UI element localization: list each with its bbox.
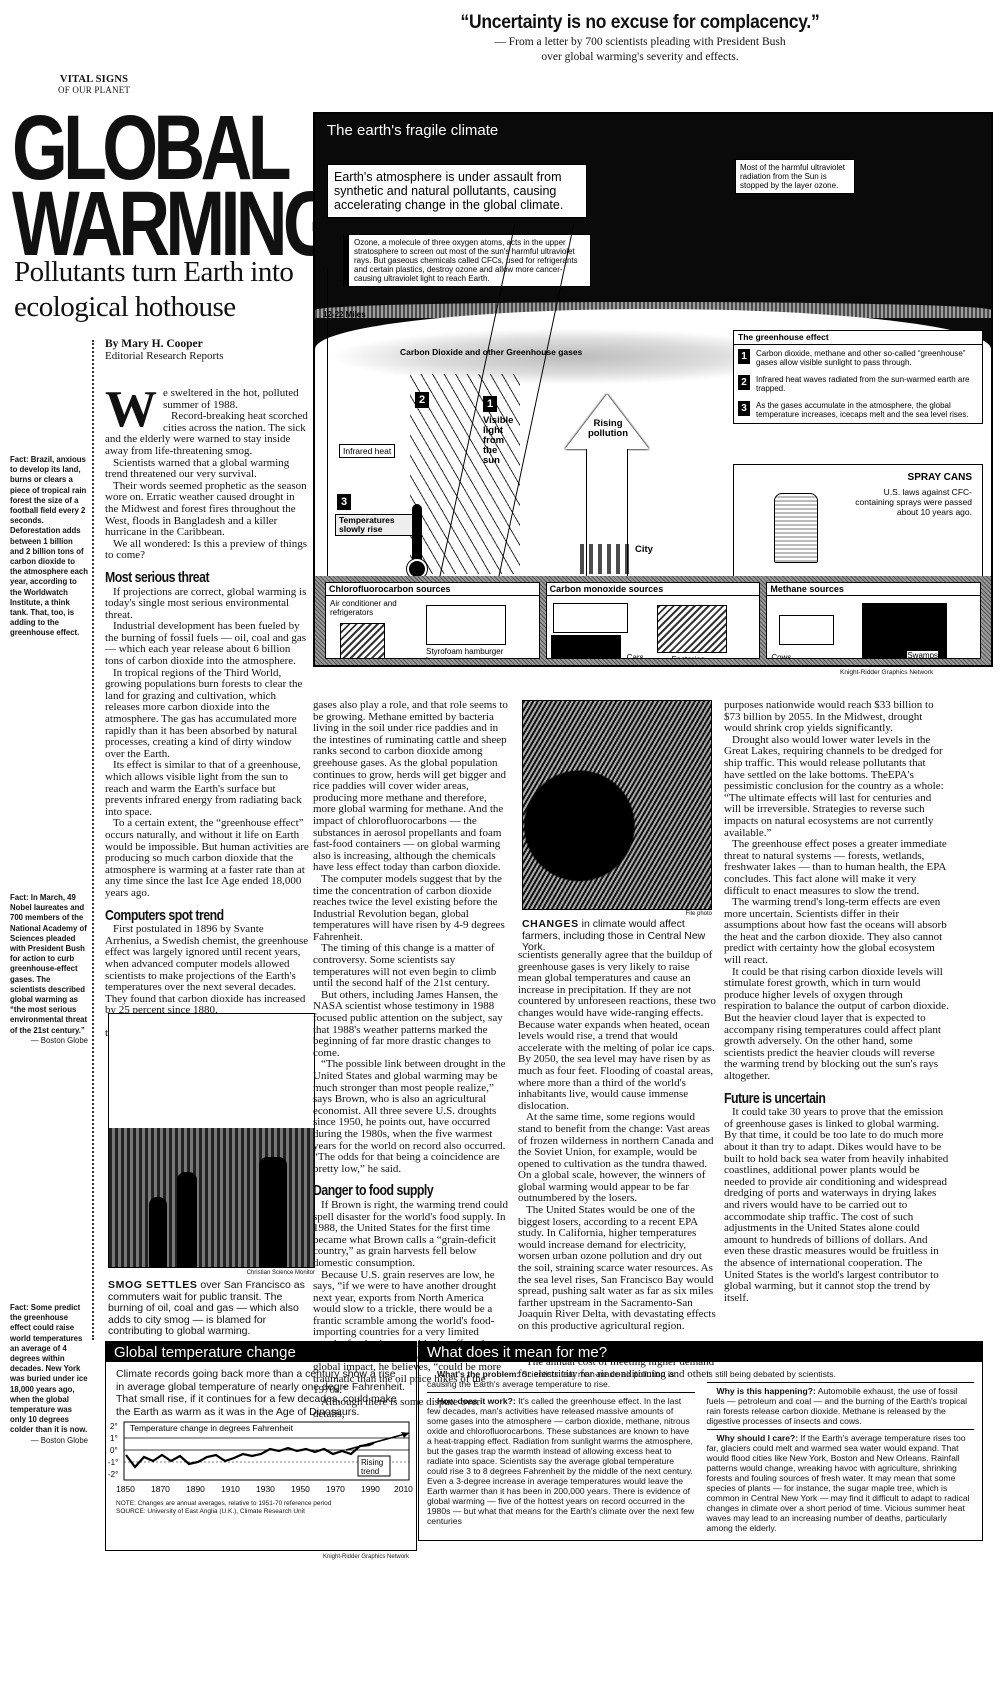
author-organization: Editorial Research Reports: [105, 350, 224, 362]
headline-line-2: WARMING: [12, 186, 246, 262]
svg-text:1970: 1970: [326, 1484, 345, 1494]
section-heading-danger-to-food-supply: Danger to food supply: [313, 1185, 475, 1197]
svg-text:1850: 1850: [116, 1484, 135, 1494]
cow-icon: [779, 615, 834, 645]
section-kicker: VITAL SIGNS OF OUR PLANET: [58, 75, 130, 95]
paragraph: If Brown is right, the warming trend cou…: [313, 1200, 511, 1270]
paragraph: The United States would be one of the bi…: [518, 1205, 716, 1333]
paragraph: The computer models suggest that by the …: [313, 874, 511, 944]
paragraph: But others, including James Hansen, the …: [313, 990, 511, 1060]
paragraph: The greenhouse effect poses a greater im…: [724, 839, 949, 897]
what-does-it-mean-box: What does it mean for me? What's the pro…: [418, 1341, 983, 1541]
paragraph: It could be that rising carbon dioxide l…: [724, 967, 949, 1083]
car-icon: [551, 635, 621, 659]
page-headline: GLOBAL WARMING: [12, 110, 246, 262]
fact-text: Fact: Brazil, anxious to develop its lan…: [10, 455, 88, 639]
refrigerator-icon: [340, 623, 385, 659]
author-name: By Mary H. Cooper: [105, 338, 203, 350]
chart-note: NOTE: Changes are annual averages, relat…: [106, 1500, 416, 1508]
paragraph: Its effect is similar to that of a green…: [105, 760, 310, 818]
sidebar-divider: [92, 340, 94, 1340]
y-tick-label: -2°: [108, 1470, 118, 1479]
greenhouse-effect-heading: The greenhouse effect: [734, 331, 982, 345]
paragraph: In tropical regions of the Third World, …: [105, 668, 310, 761]
uv-callout: Most of the harmful ultraviolet radiatio…: [735, 159, 855, 194]
section-heading-most-serious-threat: Most serious threat: [105, 572, 273, 584]
temperature-line-chart: 2° 1° 0° -1° -2° Temperature change in d…: [106, 1420, 416, 1500]
article-column-4: purposes nationwide would reach $33 bill…: [724, 700, 949, 1304]
chart-title: Temperature change in degrees Fahrenheit: [130, 1423, 294, 1433]
svg-text:1930: 1930: [256, 1484, 275, 1494]
top-pull-quote: “Uncertainty is no excuse for complacenc…: [360, 12, 920, 64]
wdm-title: What does it mean for me?: [419, 1342, 982, 1362]
step-number: 2: [738, 375, 750, 390]
paragraph: Drought also would lower water levels in…: [724, 735, 949, 839]
cars-label: Cars: [627, 653, 644, 659]
step-text: Carbon dioxide, methane and other so-cal…: [756, 349, 978, 367]
spray-cans-heading: SPRAY CANS: [744, 473, 972, 483]
gtc-description: Climate records going back more than a c…: [106, 1362, 416, 1420]
panel-heading: Methane sources: [767, 583, 980, 596]
temperatures-rise-label: Temperatures slowly rise: [335, 514, 415, 536]
wdm-right-column: is still being debated by scientists. Wh…: [707, 1366, 975, 1536]
step-number: 3: [738, 401, 750, 416]
graphic-intro-box: Earth's atmosphere is under assault from…: [327, 164, 587, 218]
styrofoam-label: Styrofoam hamburger boxes: [426, 647, 516, 659]
svg-text:2010: 2010: [394, 1484, 413, 1494]
rising-pollution-label: Rising pollution: [585, 419, 631, 439]
greenhouse-step: 3 As the gases accumulate in the atmosph…: [734, 397, 982, 423]
lede-paragraph: We sweltered in the hot, polluted summer…: [105, 388, 310, 411]
article-column-2: gases also play a role, and that role se…: [313, 700, 511, 1420]
section-heading-computers-spot-trend: Computers spot trend: [105, 910, 273, 922]
y-tick-label: 2°: [110, 1422, 118, 1431]
pull-quote-attribution-2: over global warming's severity and effec…: [360, 51, 920, 64]
photo-figure: [177, 1172, 197, 1267]
panel-heading: Chlorofluorocarbon sources: [326, 583, 539, 596]
pull-quote-attribution-1: — From a letter by 700 scientists pleadi…: [360, 36, 920, 49]
pollution-sources-strip: Chlorofluorocarbon sources Air condition…: [315, 576, 991, 665]
greenhouse-effect-box: The greenhouse effect 1 Carbon dioxide, …: [733, 330, 983, 424]
smog-photo-caption: SMOG SETTLES over San Francisco as commu…: [108, 1280, 315, 1338]
factory-icon: [657, 605, 727, 653]
sidebar-fact-3: Fact: Some predict the greenhouse effect…: [10, 1303, 88, 1446]
step-number: 1: [738, 349, 750, 364]
y-tick-label: -1°: [108, 1458, 118, 1467]
y-tick-label: 0°: [110, 1446, 118, 1455]
factories-label: Factories: [672, 655, 705, 659]
paragraph: We all wondered: Is this a preview of th…: [105, 539, 310, 562]
step-text: Infrared heat waves radiated from the su…: [756, 375, 978, 393]
spray-cans-box: SPRAY CANS U.S. laws against CFC-contain…: [733, 464, 983, 579]
greenhouse-step: 2 Infrared heat waves radiated from the …: [734, 371, 982, 397]
fact-text: Fact: Some predict the greenhouse effect…: [10, 1303, 88, 1436]
thermometer-icon: [412, 504, 422, 564]
qa-item: Why is this happening?: Automobile exhau…: [707, 1382, 975, 1429]
chart-source: SOURCE: University of East Anglia (U.K.)…: [106, 1508, 416, 1516]
svg-text:1950: 1950: [291, 1484, 310, 1494]
article-column-3: scientists generally agree that the buil…: [518, 950, 716, 1380]
qa-item: is still being debated by scientists.: [707, 1366, 975, 1382]
step-2-marker: 2: [415, 392, 429, 408]
paragraph: purposes nationwide would reach $33 bill…: [724, 700, 949, 735]
paragraph: First postulated in 1896 by Svante Arrhe…: [105, 924, 310, 1017]
fact-source: — Boston Globe: [10, 1436, 88, 1446]
carbon-monoxide-sources-panel: Carbon monoxide sources Cars Factories: [546, 582, 761, 659]
gtc-credit: Knight-Ridder Graphics Network: [323, 1554, 409, 1560]
paragraph: Scientists warned that a global warming …: [105, 458, 310, 481]
drop-cap: W: [105, 390, 157, 430]
farm-tractor-photo: [522, 700, 712, 910]
spray-can-icon: [774, 493, 818, 563]
pull-quote-text: “Uncertainty is no excuse for complacenc…: [382, 12, 897, 34]
svg-text:1890: 1890: [186, 1484, 205, 1494]
kicker-line-2: OF OUR PLANET: [58, 85, 130, 95]
article-column-1: We sweltered in the hot, polluted summer…: [105, 388, 310, 1040]
step-1-marker: 1: [483, 396, 497, 412]
qa-item: Why should I care?: If the Earth's avera…: [707, 1429, 975, 1536]
qa-item: What's the problem: Scientists fear man-…: [427, 1366, 695, 1392]
paragraph: If projections are correct, global warmi…: [105, 587, 310, 622]
sidebar-fact-1: Fact: Brazil, anxious to develop its lan…: [10, 455, 88, 639]
swamps-label: Swamps: [907, 651, 938, 659]
paragraph: scientists generally agree that the buil…: [518, 950, 716, 1112]
city-label: City: [635, 544, 653, 555]
global-temperature-change-box: Global temperature change Climate record…: [105, 1341, 417, 1551]
styrofoam-box-icon: [426, 605, 506, 645]
cows-label: Cows: [771, 653, 791, 659]
paragraph: The warming trend's long-term effects ar…: [724, 897, 949, 967]
paragraph: “The possible link between drought in th…: [313, 1059, 511, 1175]
y-tick-label: 1°: [110, 1434, 118, 1443]
tractor-photo-credit: File photo: [522, 911, 712, 917]
qa-item: How does it work?: It's called the green…: [427, 1392, 695, 1529]
paragraph: At the same time, some regions would sta…: [518, 1112, 716, 1205]
smog-photo-credit: Christian Science Monitor: [108, 1270, 315, 1276]
svg-text:1910: 1910: [221, 1484, 240, 1494]
subheadline: Pollutants turn Earth into ecological ho…: [14, 255, 314, 325]
city-skyline-icon: [580, 544, 630, 574]
smog-photo: [108, 1013, 315, 1268]
greenhouse-step: 1 Carbon dioxide, methane and other so-c…: [734, 345, 982, 371]
altitude-label: 12-22 Miles: [323, 310, 366, 319]
gtc-title: Global temperature change: [106, 1342, 416, 1362]
byline: By Mary H. Cooper Editorial Research Rep…: [105, 338, 224, 362]
photo-figure: [149, 1197, 167, 1267]
cfc-sources-panel: Chlorofluorocarbon sources Air condition…: [325, 582, 540, 659]
paragraph: gases also play a role, and that role se…: [313, 700, 511, 874]
kicker-line-1: VITAL SIGNS: [58, 75, 130, 85]
paragraph: Industrial development has been fueled b…: [105, 621, 310, 667]
section-heading-future-is-uncertain: Future is uncertain: [724, 1093, 909, 1105]
svg-text:1870: 1870: [151, 1484, 170, 1494]
fact-source: — Boston Globe: [10, 1036, 88, 1046]
spray-cans-text: U.S. laws against CFC-containing sprays …: [854, 487, 972, 517]
sidebar-fact-2: Fact: In March, 49 Nobel laureates and 7…: [10, 893, 88, 1046]
methane-sources-panel: Methane sources Cows Swamps: [766, 582, 981, 659]
x-axis-labels: 185018701890 191019301950 197019902010: [116, 1484, 413, 1494]
svg-text:trend: trend: [361, 1467, 379, 1476]
paragraph: Their words seemed prophetic as the seas…: [105, 481, 310, 539]
graphic-title: The earth's fragile climate: [327, 122, 498, 139]
earths-fragile-climate-graphic: The earth's fragile climate Earth's atmo…: [313, 112, 993, 667]
panel-heading: Carbon monoxide sources: [547, 583, 760, 596]
visible-light-label: Visible light from the sun: [483, 416, 515, 466]
fact-text: Fact: In March, 49 Nobel laureates and 7…: [10, 893, 88, 1036]
wdm-left-column: What's the problem: Scientists fear man-…: [427, 1366, 695, 1536]
svg-text:1990: 1990: [361, 1484, 380, 1494]
taxi-icon: [553, 603, 628, 633]
photo-figure: [259, 1157, 287, 1267]
step-3-marker: 3: [337, 494, 351, 510]
paragraph: It could take 30 years to prove that the…: [724, 1107, 949, 1304]
air-conditioner-label: Air conditioner and refrigerators: [330, 599, 410, 617]
graphic-credit: Knight-Ridder Graphics Network: [840, 669, 933, 676]
paragraph: The timing of this change is a matter of…: [313, 943, 511, 989]
step-text: As the gases accumulate in the atmospher…: [756, 401, 978, 419]
paragraph: To a certain extent, the “greenhouse eff…: [105, 818, 310, 899]
rising-trend-annotation: Rising: [361, 1458, 383, 1467]
infrared-heat-label: Infrared heat: [339, 444, 395, 458]
